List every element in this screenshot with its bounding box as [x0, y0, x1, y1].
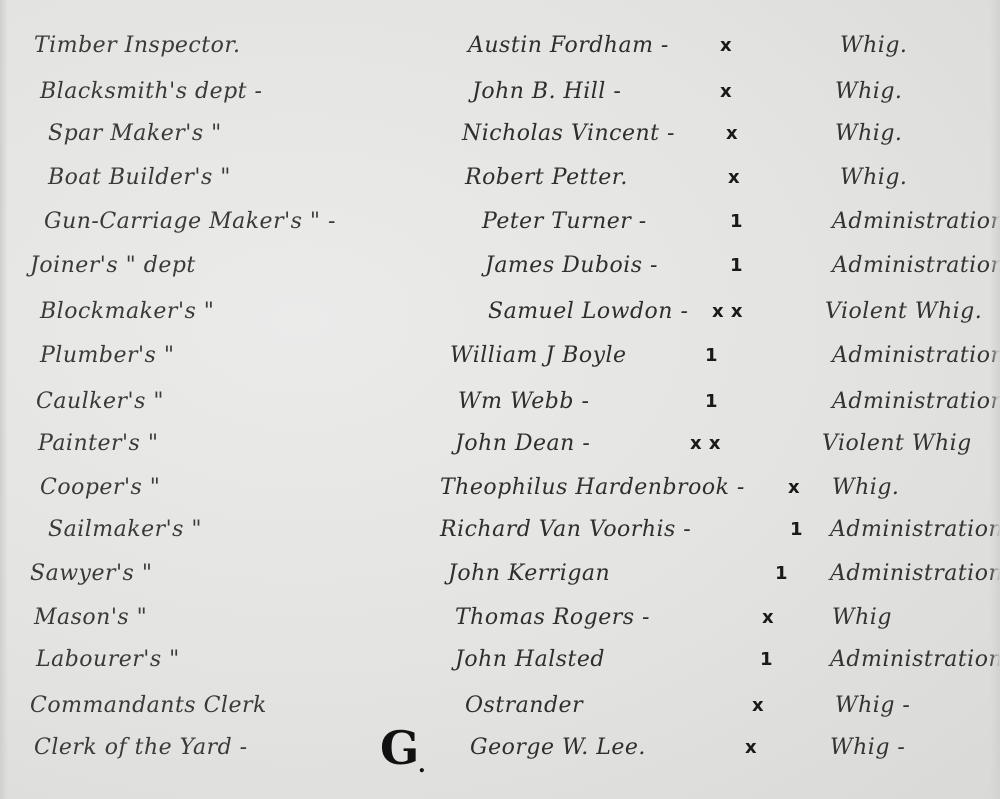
employee-name: Theophilus Hardenbrook - [440, 468, 745, 508]
party-affiliation: Whig. [835, 114, 902, 154]
mark: 1 [730, 246, 743, 286]
party-affiliation: Administration [830, 640, 1000, 680]
mark: x [720, 72, 732, 112]
list-item: Blacksmith's dept - John B. Hill - x Whi… [0, 72, 1000, 112]
list-item: Mason's " Thomas Rogers - x Whig [0, 598, 1000, 638]
employee-name: Austin Fordham - [468, 26, 669, 66]
employee-name: Thomas Rogers - [455, 598, 650, 638]
mark: 1 [705, 336, 718, 376]
department-label: Timber Inspector. [34, 26, 240, 66]
mark: 1 [760, 640, 773, 680]
party-affiliation: Whig [832, 598, 892, 638]
party-affiliation: Administration [830, 510, 1000, 550]
employee-name: John Halsted [455, 640, 605, 680]
department-label: Sailmaker's " [48, 510, 202, 550]
party-affiliation: Whig. [835, 72, 902, 112]
employee-name: John Kerrigan [448, 554, 610, 594]
list-item: Caulker's " Wm Webb - 1 Administration [0, 382, 1000, 422]
department-label: Cooper's " [40, 468, 160, 508]
list-item: Cooper's " Theophilus Hardenbrook - x Wh… [0, 468, 1000, 508]
party-affiliation: Violent Whig [822, 424, 972, 464]
party-affiliation: Whig. [840, 26, 907, 66]
department-label: Painter's " [38, 424, 158, 464]
list-item: Labourer's " John Halsted 1 Administrati… [0, 640, 1000, 680]
list-item: Sailmaker's " Richard Van Voorhis - 1 Ad… [0, 510, 1000, 550]
employee-name: Samuel Lowdon - [488, 292, 688, 332]
department-label: Boat Builder's " [48, 158, 231, 198]
party-affiliation: Administration [830, 554, 1000, 594]
mark: x [752, 686, 764, 726]
employee-name: Ostrander [465, 686, 583, 726]
mark: x [720, 26, 732, 66]
party-affiliation: Administration [832, 202, 1000, 242]
mark: x [745, 728, 757, 768]
mark: x x [712, 292, 743, 332]
department-label: Gun-Carriage Maker's " - [44, 202, 336, 242]
party-affiliation: Whig - [835, 686, 910, 726]
party-affiliation: Administration [832, 382, 1000, 422]
stamp-letter: G [380, 725, 419, 771]
list-item: Plumber's " William J Boyle 1 Administra… [0, 336, 1000, 376]
list-item: Spar Maker's " Nicholas Vincent - x Whig… [0, 114, 1000, 154]
mark: x [726, 114, 738, 154]
department-label: Joiner's " dept [30, 246, 196, 286]
employee-name: John B. Hill - [472, 72, 621, 112]
list-item: Blockmaker's " Samuel Lowdon - x x Viole… [0, 292, 1000, 332]
party-affiliation: Violent Whig. [825, 292, 982, 332]
mark: 1 [790, 510, 803, 550]
list-item: Timber Inspector. Austin Fordham - x Whi… [0, 26, 1000, 66]
mark: x [788, 468, 800, 508]
department-label: Clerk of the Yard - [34, 728, 248, 768]
party-affiliation: Whig. [832, 468, 899, 508]
manuscript-page: Timber Inspector. Austin Fordham - x Whi… [0, 0, 1000, 799]
mark: x [728, 158, 740, 198]
stamp-dot: . [418, 752, 426, 778]
list-item: Sawyer's " John Kerrigan 1 Administratio… [0, 554, 1000, 594]
department-label: Sawyer's " [30, 554, 152, 594]
employee-name: Richard Van Voorhis - [440, 510, 691, 550]
department-label: Blockmaker's " [40, 292, 214, 332]
department-label: Spar Maker's " [48, 114, 222, 154]
department-label: Commandants Clerk [30, 686, 267, 726]
mark: 1 [730, 202, 743, 242]
party-affiliation: Whig - [830, 728, 905, 768]
department-label: Labourer's " [36, 640, 180, 680]
employee-name: James Dubois - [485, 246, 658, 286]
list-item: Painter's " John Dean - x x Violent Whig [0, 424, 1000, 464]
department-label: Plumber's " [40, 336, 174, 376]
mark: x [762, 598, 774, 638]
mark: 1 [705, 382, 718, 422]
party-affiliation: Administration [832, 336, 1000, 376]
department-label: Blacksmith's dept - [40, 72, 262, 112]
mark: 1 [775, 554, 788, 594]
employee-name: Wm Webb - [458, 382, 589, 422]
party-affiliation: Whig. [840, 158, 907, 198]
employee-name: William J Boyle [450, 336, 627, 376]
list-item: Clerk of the Yard - George W. Lee. x Whi… [0, 728, 1000, 768]
employee-name: Nicholas Vincent - [462, 114, 675, 154]
employee-name: Robert Petter. [465, 158, 628, 198]
employee-name: John Dean - [455, 424, 590, 464]
employee-name: Peter Turner - [482, 202, 647, 242]
list-item: Joiner's " dept James Dubois - 1 Adminis… [0, 246, 1000, 286]
list-item: Gun-Carriage Maker's " - Peter Turner - … [0, 202, 1000, 242]
mark: x x [690, 424, 721, 464]
department-label: Mason's " [34, 598, 147, 638]
department-label: Caulker's " [36, 382, 164, 422]
party-affiliation: Administration [832, 246, 1000, 286]
list-item: Boat Builder's " Robert Petter. x Whig. [0, 158, 1000, 198]
list-item: Commandants Clerk Ostrander x Whig - [0, 686, 1000, 726]
employee-name: George W. Lee. [470, 728, 646, 768]
